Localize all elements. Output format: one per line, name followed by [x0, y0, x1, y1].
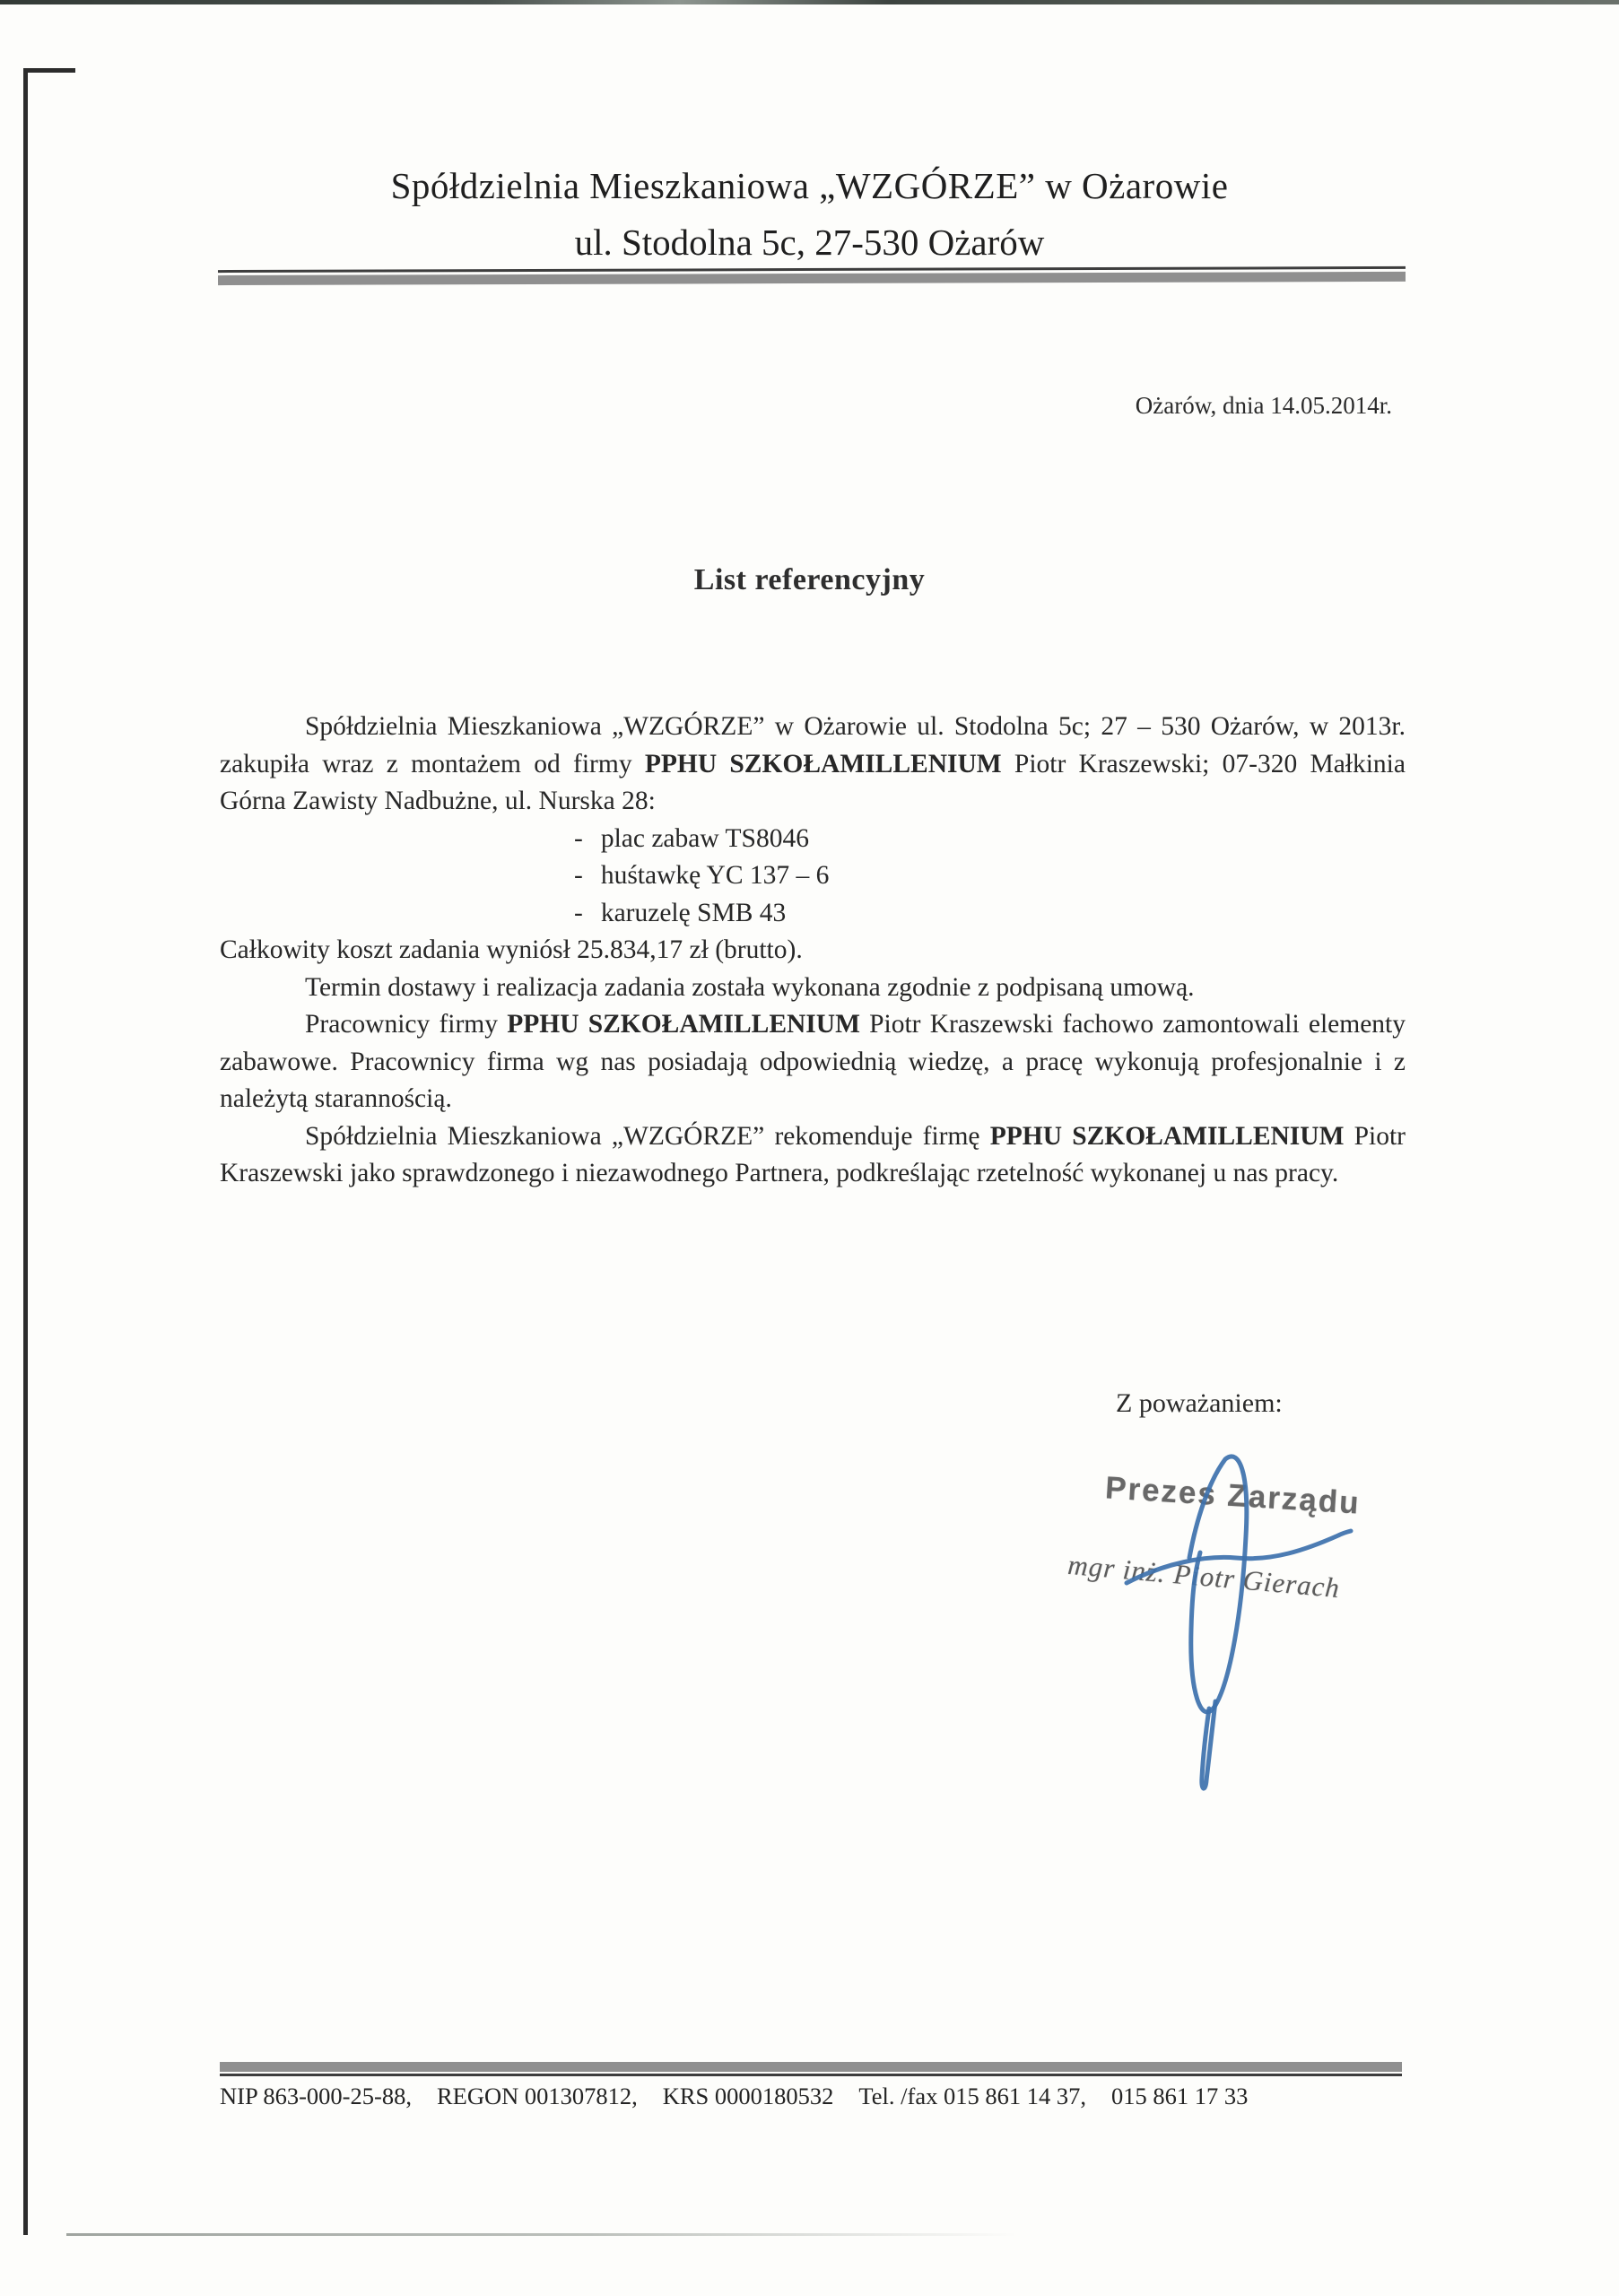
letterhead-rule-thick-line: [218, 272, 1406, 285]
footer-item-nip: NIP 863-000-25-88,: [220, 2083, 412, 2110]
organization-name: Spółdzielnia Mieszkaniowa „WZGÓRZE” w Oż…: [0, 164, 1619, 207]
list-item: -huśtawkę YC 137 – 6: [574, 857, 1406, 895]
paragraph-intro: Spółdzielnia Mieszkaniowa „WZGÓRZE” w Oż…: [220, 709, 1406, 821]
list-item: -karuzelę SMB 43: [574, 895, 1406, 933]
footer-item-krs: KRS 0000180532: [663, 2083, 834, 2110]
footer-item-phone2: 015 861 17 33: [1111, 2083, 1248, 2110]
list-item-text: huśtawkę YC 137 – 6: [601, 861, 830, 890]
scan-bottom-edge-artifact: [66, 2233, 1017, 2236]
paragraph-delivery: Termin dostawy i realizacja zadania zost…: [220, 970, 1406, 1007]
closing-salutation: Z poważaniem:: [1116, 1388, 1283, 1419]
letterhead-rule: [218, 266, 1406, 285]
scan-corner-line-horizontal: [23, 68, 75, 73]
list-item-dash: -: [574, 821, 583, 858]
footer-rule-thin-line: [220, 2074, 1402, 2076]
list-item-text: plac zabaw TS8046: [601, 824, 809, 853]
paragraph-recommendation: Spółdzielnia Mieszkaniowa „WZGÓRZE” reko…: [220, 1118, 1406, 1193]
letter-body: Spółdzielnia Mieszkaniowa „WZGÓRZE” w Oż…: [220, 709, 1406, 1193]
purchased-items-list: -plac zabaw TS8046-huśtawkę YC 137 – 6-k…: [574, 821, 1406, 933]
paragraph-total-cost: Całkowity koszt zadania wyniósł 25.834,1…: [220, 932, 1406, 970]
list-item-text: karuzelę SMB 43: [601, 899, 786, 927]
date-line: Ożarów, dnia 14.05.2014r.: [1136, 392, 1392, 420]
list-item: -plac zabaw TS8046: [574, 821, 1406, 858]
list-item-dash: -: [574, 895, 583, 933]
footer-rule: [220, 2062, 1402, 2076]
scan-corner-line-vertical: [23, 68, 28, 2235]
footer-info: NIP 863-000-25-88, REGON 001307812, KRS …: [220, 2083, 1406, 2110]
footer-item-telfax: Tel. /fax 015 861 14 37,: [858, 2083, 1086, 2110]
footer-item-regon: REGON 001307812,: [437, 2083, 638, 2110]
organization-address: ul. Stodolna 5c, 27-530 Ożarów: [0, 221, 1619, 264]
list-item-dash: -: [574, 857, 583, 895]
scan-top-edge-artifact: [0, 0, 1619, 4]
footer-rule-thick-line: [220, 2062, 1402, 2072]
letter-title: List referencyjny: [0, 563, 1619, 597]
paragraph-workers: Pracownicy firmy PPHU SZKOŁAMILLENIUM Pi…: [220, 1006, 1406, 1118]
handwritten-signature: [1014, 1422, 1372, 1807]
scanned-letter-page: Spółdzielnia Mieszkaniowa „WZGÓRZE” w Oż…: [0, 0, 1619, 2296]
